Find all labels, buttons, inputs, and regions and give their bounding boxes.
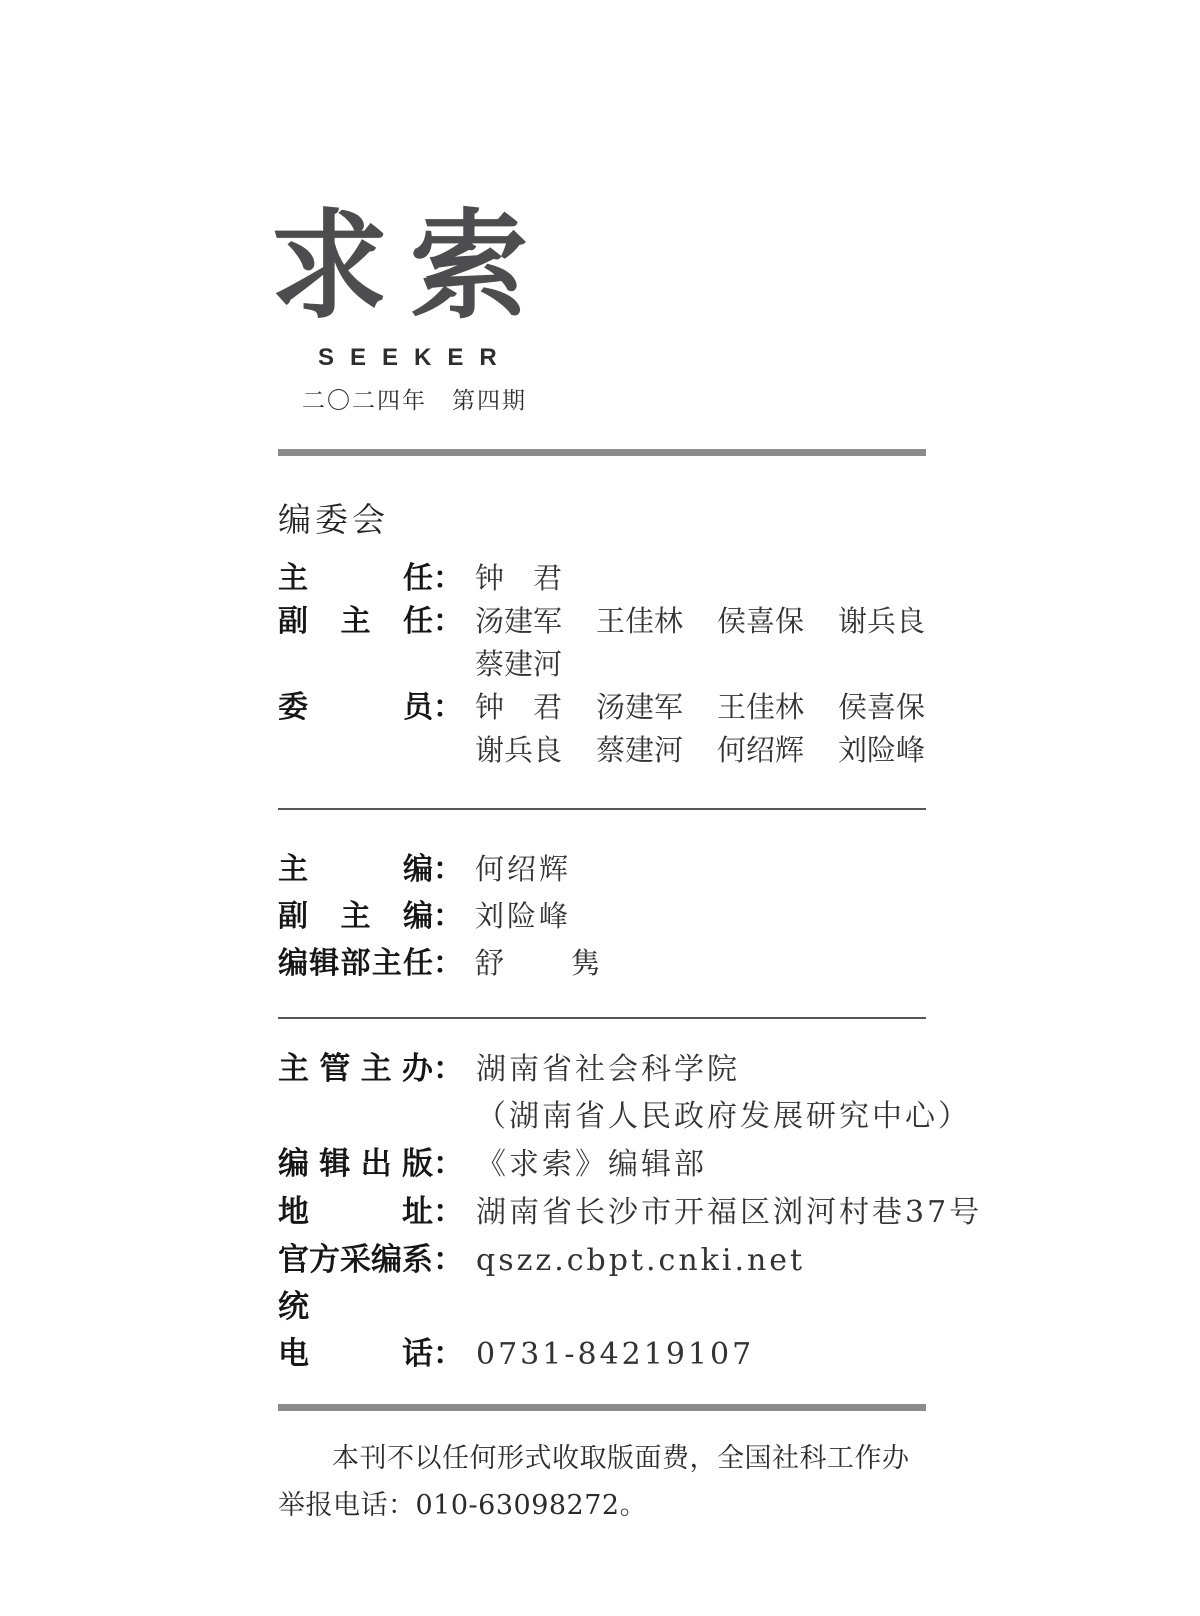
field-label: 地址	[278, 1188, 433, 1235]
editor-name: 舒 隽	[475, 940, 603, 987]
member-name: 汤建军	[596, 686, 717, 729]
name-line: 汤建军 王佳林 侯喜保 谢兵良	[475, 600, 925, 643]
field-value: 0731-84219107	[476, 1331, 754, 1378]
role-label: 副主任	[278, 600, 433, 643]
editor-name: 刘险峰	[475, 893, 571, 940]
sponsor-alt-name: （湖南省人民政府发展研究中心）	[476, 1093, 971, 1140]
board-row-value: 汤建军 王佳林 侯喜保 谢兵良 蔡建河	[475, 600, 925, 686]
role-label: 副主编	[278, 893, 433, 940]
member-name: 汤建军	[475, 600, 596, 643]
label-colon: ：	[433, 1188, 464, 1235]
journal-latin-title: SEEKER	[318, 344, 958, 372]
field-label: 编辑出版	[278, 1140, 433, 1187]
label-colon: ：	[433, 846, 463, 893]
member-name: 侯喜保	[838, 686, 925, 729]
name-line: 谢兵良 蔡建河 何绍辉 刘险峰	[475, 729, 925, 772]
editors-row-chief: 主编： 何绍辉	[278, 846, 958, 893]
member-name: 谢兵良	[838, 600, 925, 643]
label-colon: ：	[433, 893, 463, 940]
label-colon: ：	[433, 1140, 464, 1187]
name-line: 蔡建河	[475, 643, 925, 686]
role-label: 主任	[278, 557, 433, 600]
divider-thin-2	[278, 1017, 926, 1019]
name-line: 钟 君 汤建军 王佳林 侯喜保	[475, 686, 925, 729]
content-column: 求索 SEEKER 二〇二四年 第四期 编委会 主任： 钟 君 副主任：	[278, 0, 958, 1529]
name-line: 钟 君	[475, 557, 562, 600]
role-label: 编辑部主任	[278, 940, 433, 987]
role-label: 委员	[278, 686, 433, 729]
board-heading: 编委会	[278, 494, 958, 541]
label-colon: ：	[433, 686, 463, 729]
publishing-row-sponsor: 主管主办： 湖南省社会科学院 （湖南省人民政府发展研究中心）	[278, 1045, 958, 1140]
address-text: 湖南省长沙市开福区浏河村巷37号	[476, 1189, 982, 1236]
divider-thick-bottom	[278, 1404, 926, 1411]
publisher-name: 《求索》编辑部	[476, 1141, 707, 1188]
divider-thin-1	[278, 808, 926, 810]
editors-row-deputy-chief: 副主编： 刘险峰	[278, 893, 958, 940]
board-row-value: 钟 君 汤建军 王佳林 侯喜保 谢兵良 蔡建河 何绍辉 刘险峰	[475, 686, 925, 772]
member-name: 谢兵良	[475, 729, 596, 772]
member-name: 何绍辉	[717, 729, 838, 772]
masthead: 求索 SEEKER 二〇二四年 第四期	[278, 0, 958, 415]
board-row-director: 主任： 钟 君	[278, 557, 958, 600]
member-name: 蔡建河	[596, 729, 717, 772]
label-colon: ：	[433, 1045, 464, 1092]
publishing-row-submission-system: 官方采编系统： qszz.cbpt.cnki.net	[278, 1236, 958, 1330]
label-colon: ：	[433, 1236, 464, 1283]
field-value: qszz.cbpt.cnki.net	[476, 1237, 805, 1284]
publishing-info-section: 主管主办： 湖南省社会科学院 （湖南省人民政府发展研究中心） 编辑出版： 《求索…	[278, 1045, 958, 1378]
fee-notice: 本刊不以任何形式收取版面费，全国社科工作办 举报电话：010-63098272。	[278, 1435, 938, 1529]
colophon-page: 求索 SEEKER 二〇二四年 第四期 编委会 主任： 钟 君 副主任：	[0, 0, 1200, 1616]
journal-logo-calligraphy: 求索	[270, 200, 958, 332]
label-colon: ：	[433, 600, 463, 643]
editorial-board-section: 编委会 主任： 钟 君 副主任： 汤建军 王佳林 侯喜保 谢兵良	[278, 494, 958, 772]
board-row-deputy-directors: 副主任： 汤建军 王佳林 侯喜保 谢兵良 蔡建河	[278, 600, 958, 686]
member-name: 钟 君	[475, 686, 596, 729]
board-row-value: 钟 君	[475, 557, 562, 600]
label-colon: ：	[433, 940, 463, 987]
submission-system-url: qszz.cbpt.cnki.net	[476, 1237, 805, 1284]
member-name: 刘险峰	[838, 729, 925, 772]
field-value: 《求索》编辑部	[476, 1141, 707, 1188]
notice-line-2: 举报电话：010-63098272。	[278, 1482, 938, 1529]
editor-name: 何绍辉	[475, 846, 571, 893]
field-value: 湖南省社会科学院 （湖南省人民政府发展研究中心）	[476, 1046, 971, 1140]
member-name: 侯喜保	[717, 600, 838, 643]
sponsor-name: 湖南省社会科学院	[476, 1046, 971, 1093]
member-name: 钟 君	[475, 557, 562, 600]
board-row-members: 委员： 钟 君 汤建军 王佳林 侯喜保 谢兵良 蔡建河 何绍辉 刘险峰	[278, 686, 958, 772]
editors-section: 主编： 何绍辉 副主编： 刘险峰 编辑部主任： 舒 隽	[278, 846, 958, 987]
role-label: 主编	[278, 846, 433, 893]
publishing-row-phone: 电话： 0731-84219107	[278, 1330, 958, 1378]
field-label: 电话	[278, 1330, 433, 1377]
field-label: 官方采编系统	[278, 1236, 433, 1330]
publishing-row-publisher: 编辑出版： 《求索》编辑部	[278, 1140, 958, 1188]
editors-row-dept-director: 编辑部主任： 舒 隽	[278, 940, 958, 987]
member-name: 蔡建河	[475, 643, 562, 686]
notice-line-1: 本刊不以任何形式收取版面费，全国社科工作办	[278, 1435, 938, 1482]
publishing-row-address: 地址： 湖南省长沙市开福区浏河村巷37号	[278, 1188, 958, 1236]
field-label: 主管主办	[278, 1045, 433, 1092]
label-colon: ：	[433, 1330, 464, 1377]
member-name: 王佳林	[596, 600, 717, 643]
issue-line: 二〇二四年 第四期	[302, 382, 958, 415]
divider-thick-top	[278, 449, 926, 456]
label-colon: ：	[433, 557, 463, 600]
phone-number: 0731-84219107	[476, 1331, 754, 1378]
field-value: 湖南省长沙市开福区浏河村巷37号	[476, 1189, 982, 1236]
member-name: 王佳林	[717, 686, 838, 729]
